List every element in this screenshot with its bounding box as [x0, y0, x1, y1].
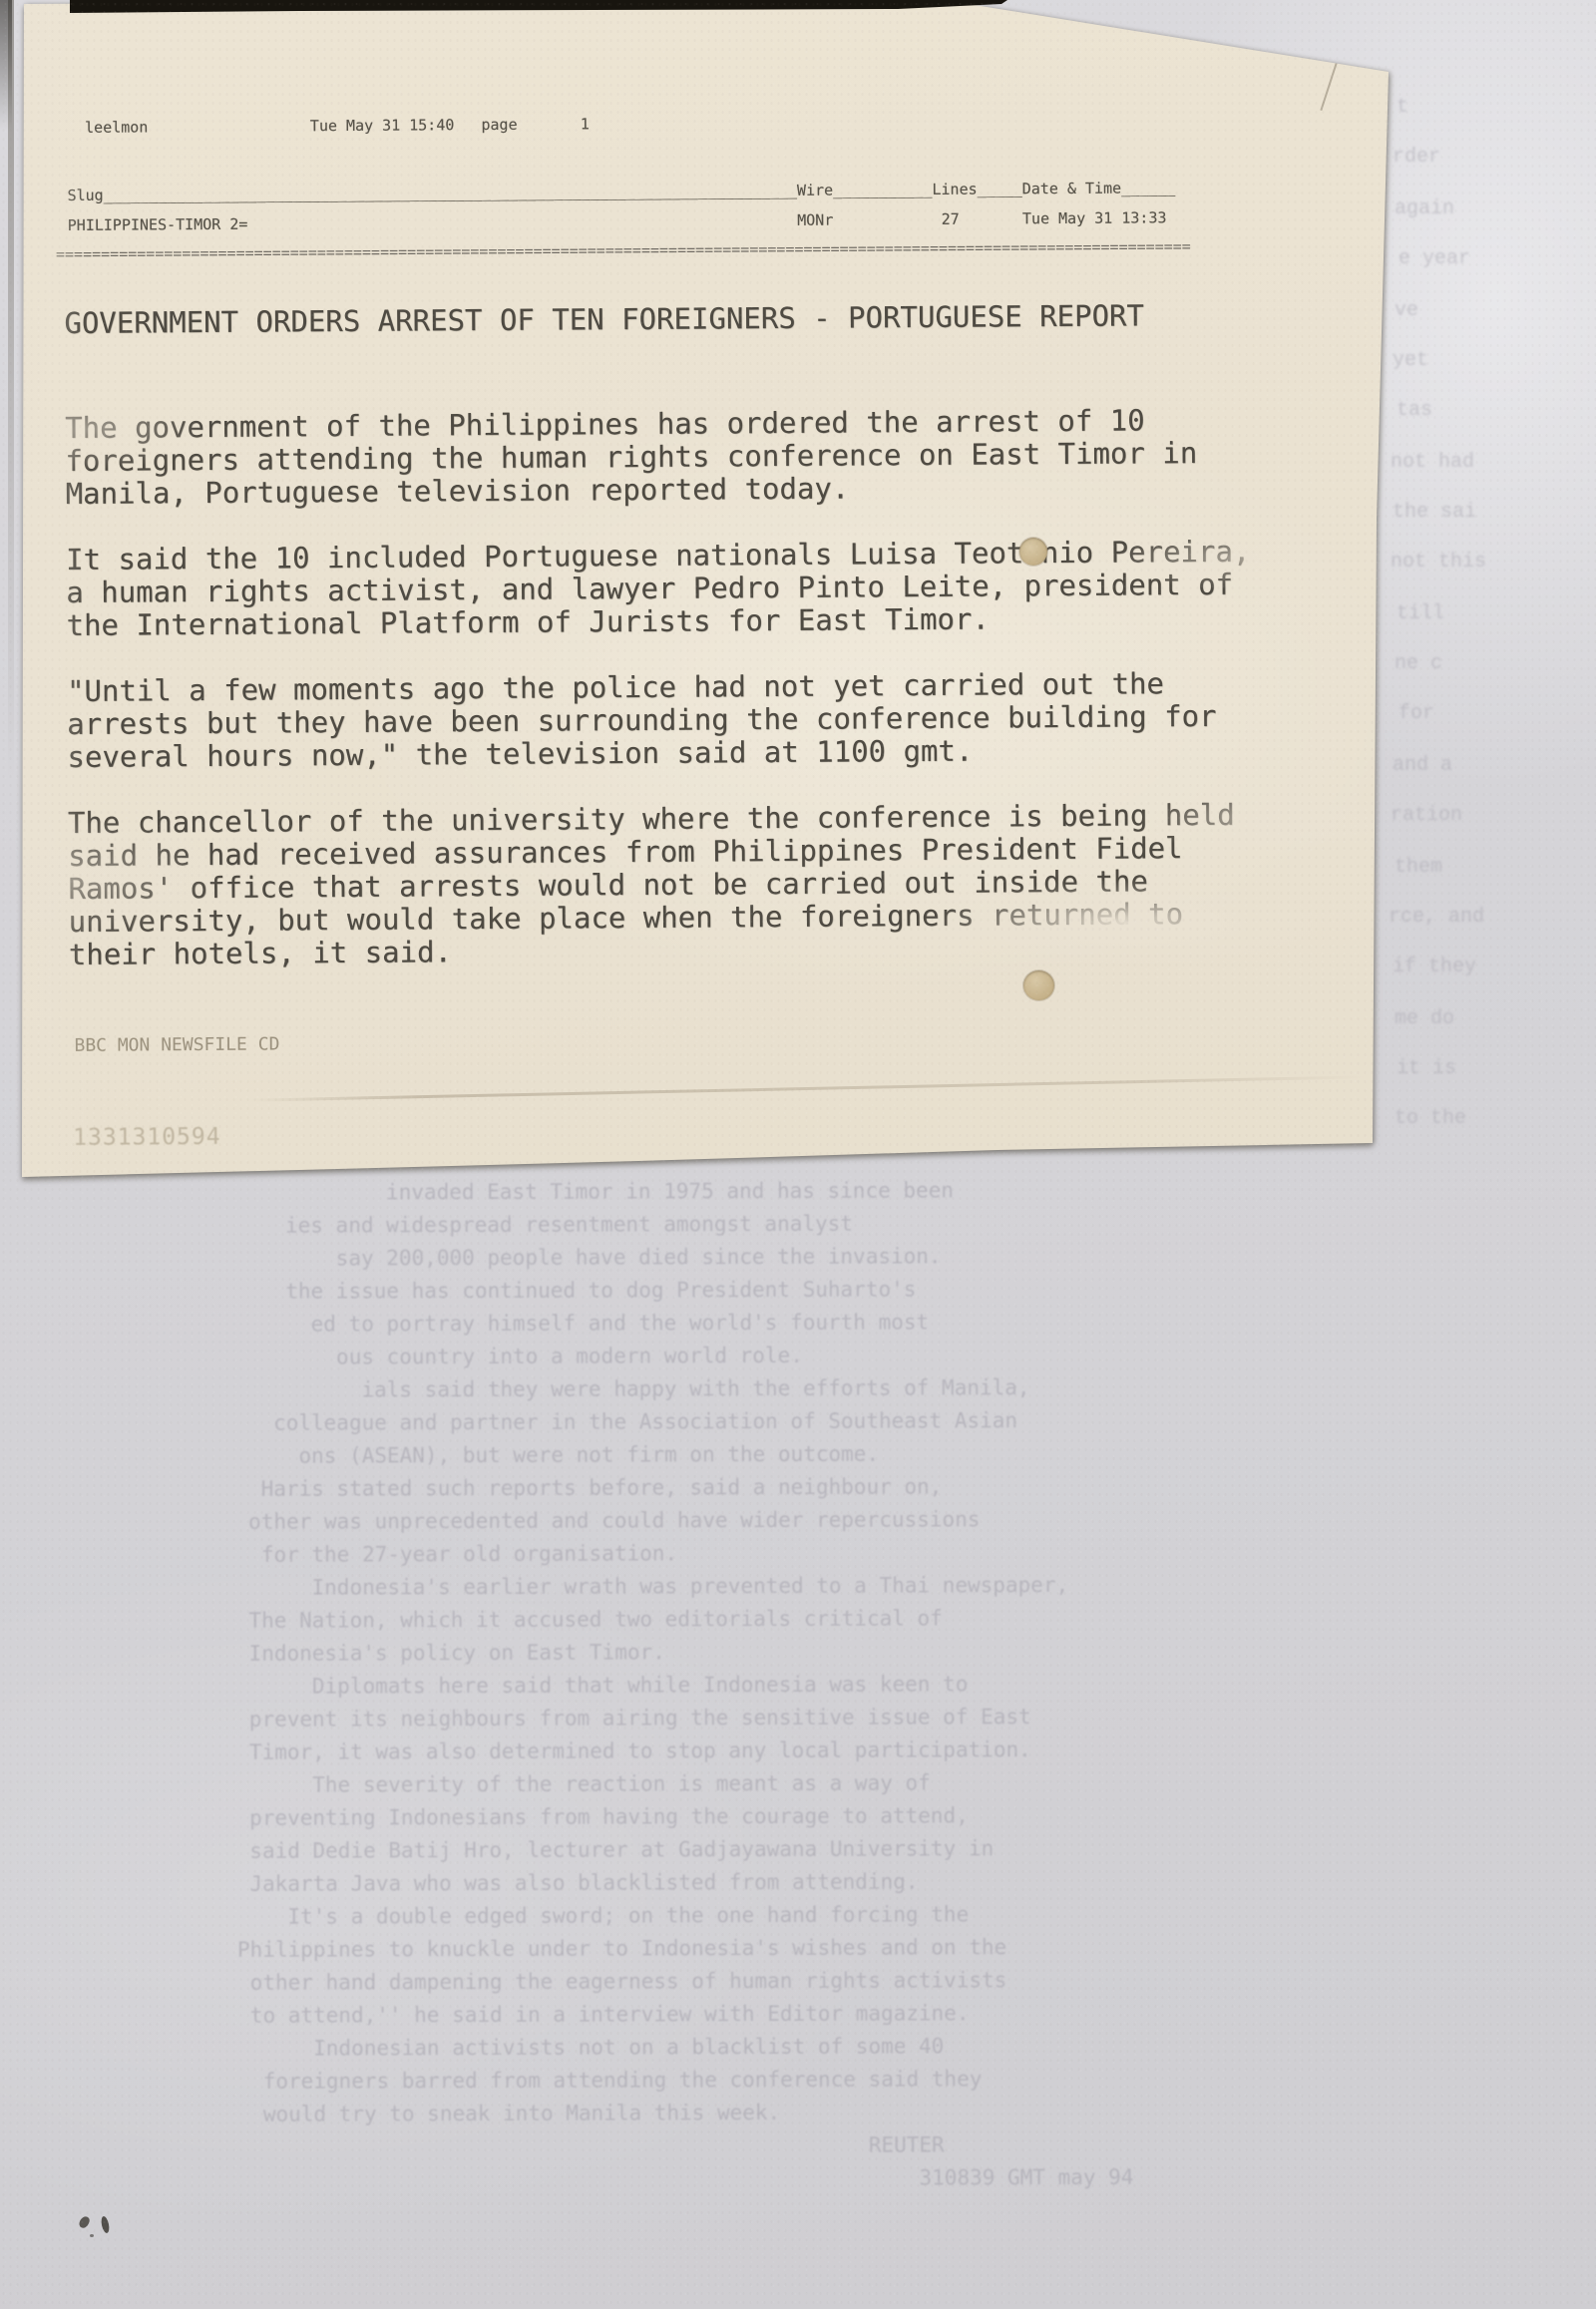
ink-speck [90, 2234, 94, 2237]
paper-hole [1023, 970, 1054, 1000]
newsfile-stamp: BBC MON NEWSFILE CD [74, 1033, 279, 1055]
wire-copy-sheet: leelmon Tue May 31 15:40 page 1 Slug____… [0, 0, 1596, 2309]
body-paragraph: The chancellor of the university where t… [68, 799, 1236, 971]
body-paragraph: "Until a few moments ago the police had … [67, 667, 1217, 774]
body-paragraph: It said the 10 included Portuguese natio… [66, 536, 1251, 642]
slug-table-row: PHILIPPINES-TIMOR 2= MONr 27 Tue May 31 … [68, 207, 1167, 235]
typed-content: leelmon Tue May 31 15:40 page 1 Slug____… [0, 0, 1596, 2309]
wire-copy-sheet-shadow: leelmon Tue May 31 15:40 page 1 Slug____… [0, 0, 1596, 2309]
slug-table-header: Slug____________________________________… [67, 178, 1175, 205]
print-header-line: leelmon Tue May 31 15:40 page 1 [67, 114, 590, 138]
scan-corner-shadow [0, 0, 12, 130]
separator-rule: ========================================… [56, 237, 1191, 263]
body-paragraph: The government of the Philippines has or… [65, 404, 1198, 511]
paper-hole [1019, 538, 1047, 566]
story-headline: GOVERNMENT ORDERS ARREST OF TEN FOREIGNE… [64, 299, 1144, 340]
serial-number: 1331310594 [73, 1124, 221, 1151]
scanned-page: invaded East Timor in 1975 and has since… [0, 0, 1596, 2309]
